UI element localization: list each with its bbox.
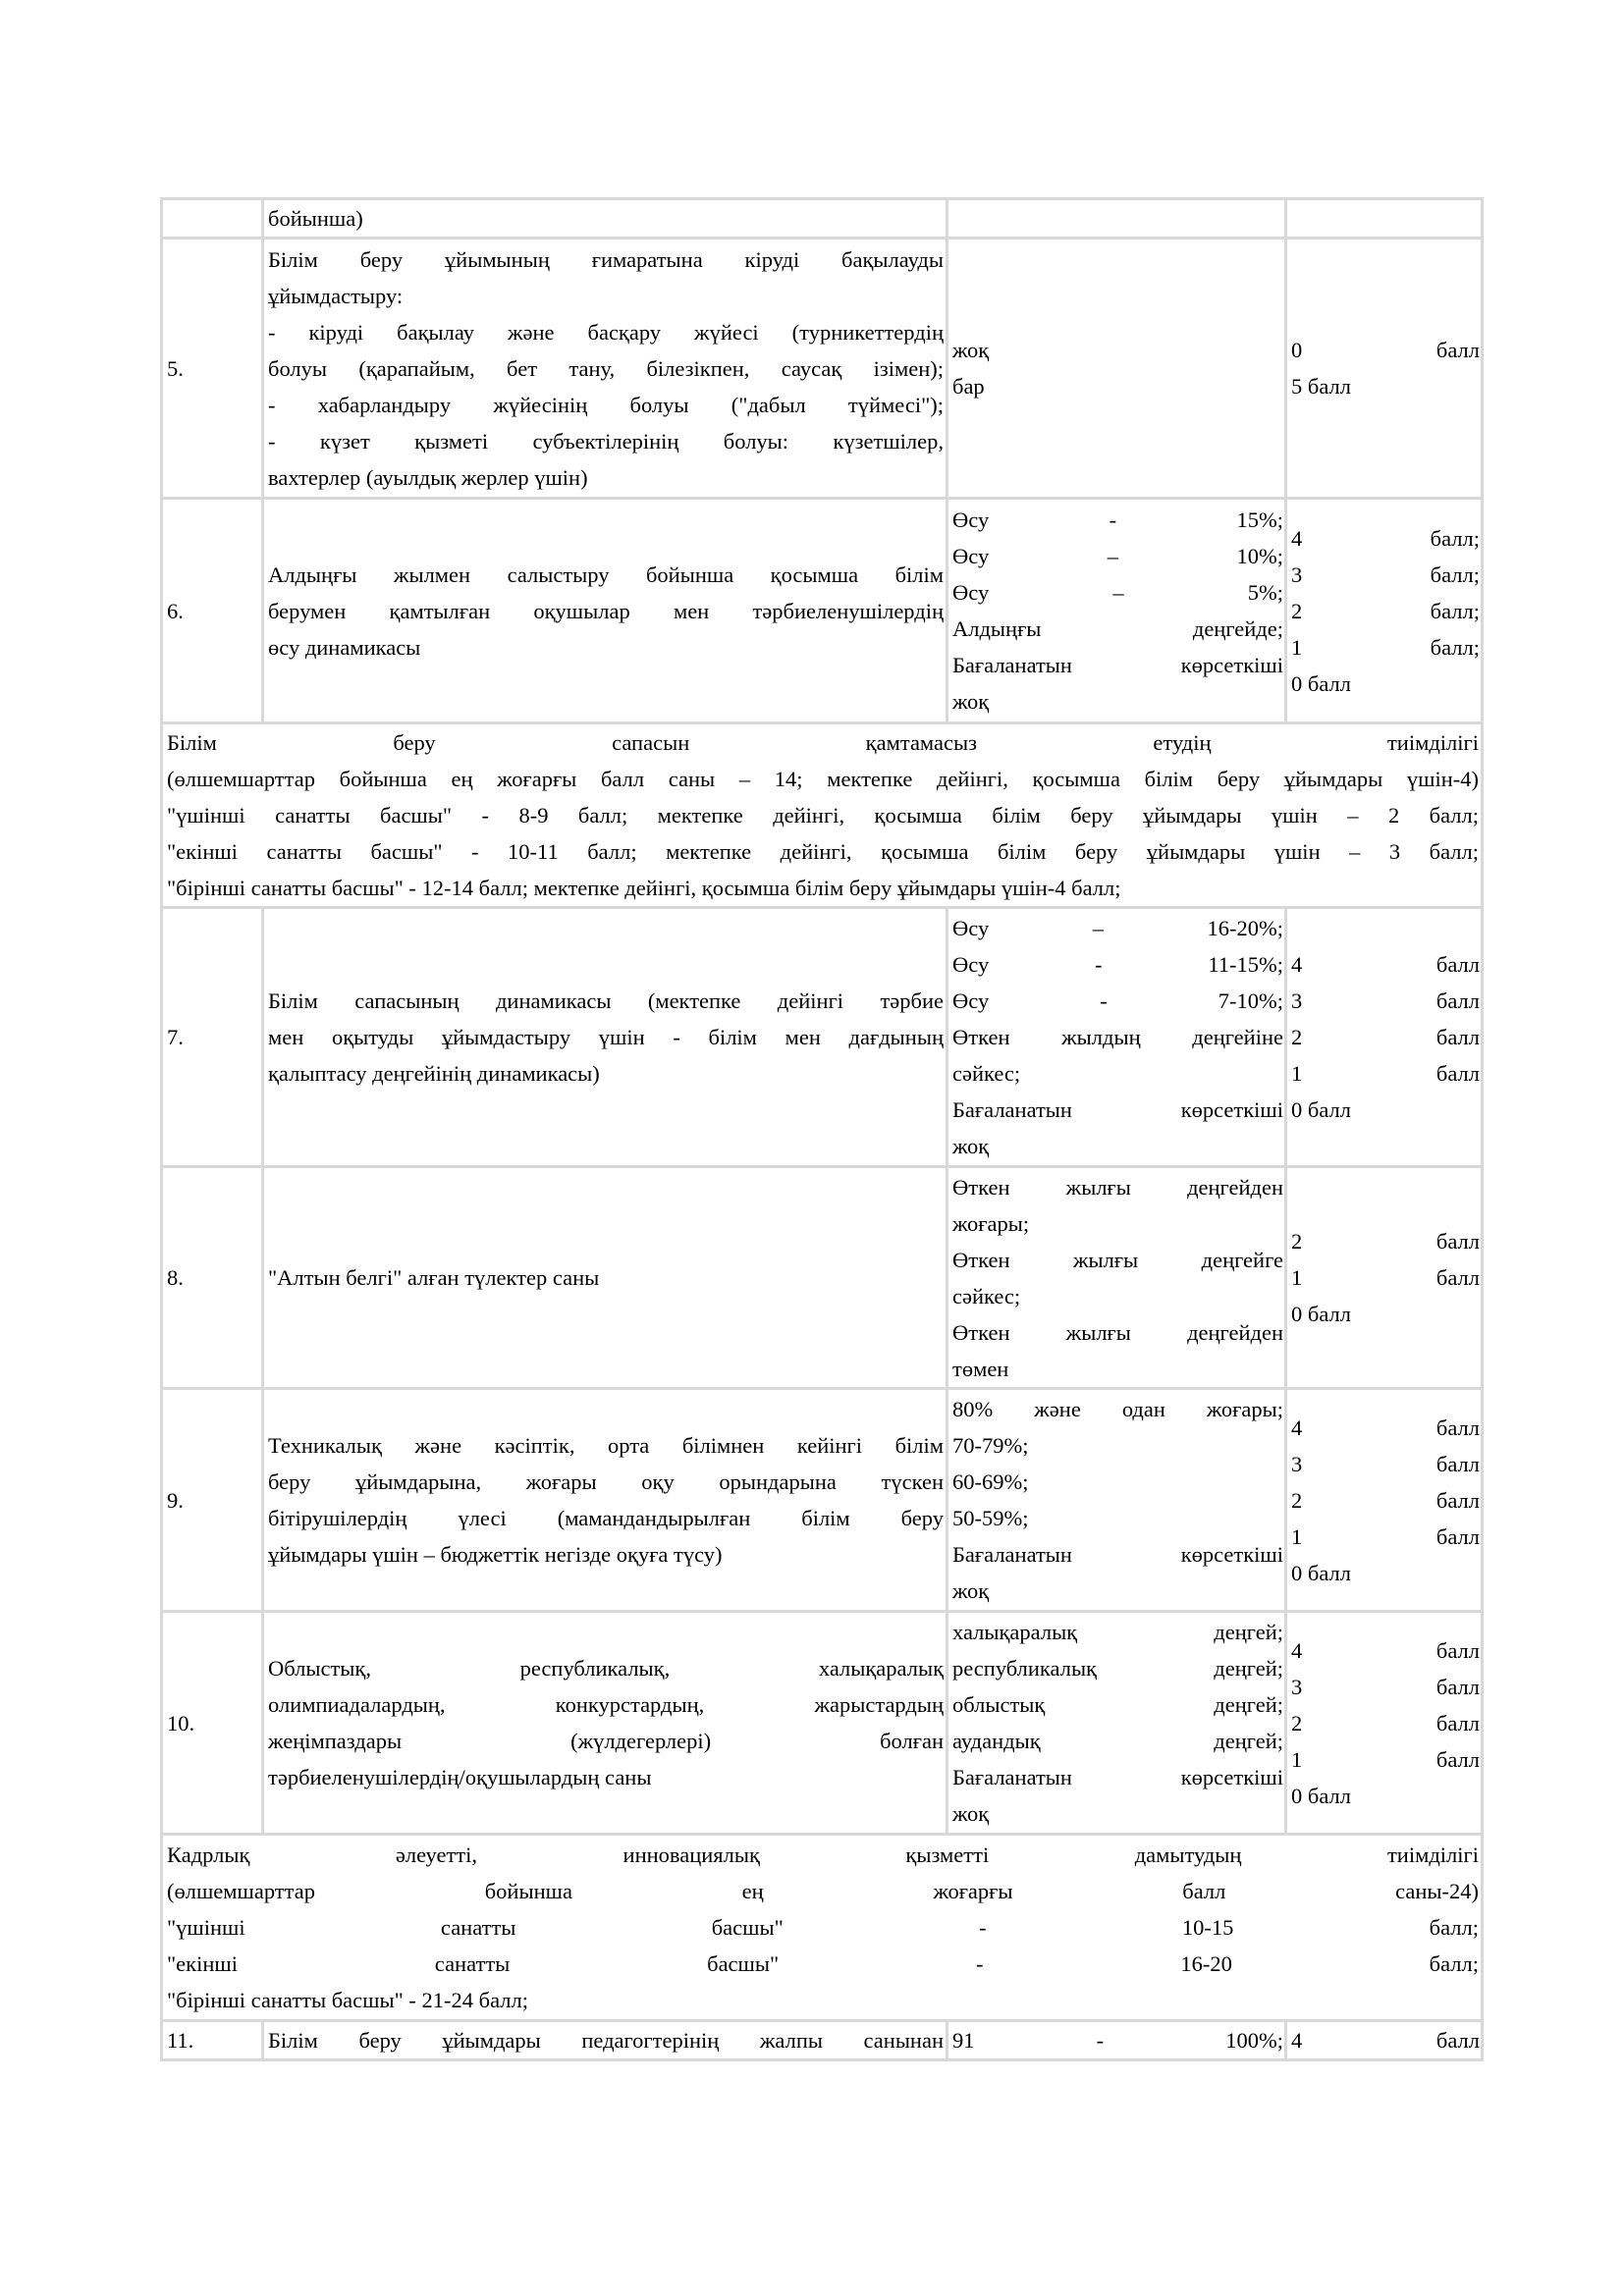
text-line: "бірінші санатты басшы" - 12-14 балл; ме… [167,870,1479,906]
score-values: 4 балл [1286,2021,1483,2060]
text-line: - кіруді бақылау және басқару жүйесі (ту… [268,314,944,350]
text-line: 5 балл [1291,368,1480,404]
text-line: "Алтын белгі" алған түлектер саны [268,1259,944,1296]
text-line: 2 балл [1291,1223,1480,1259]
text-line: Кадрлық әлеуетті, инновациялық қызметті … [167,1837,1479,1873]
text-line: 91 - 100%; [952,2022,1283,2058]
text-line: жоқ [952,1795,1283,1832]
text-line: ұйымдастыру: [268,278,944,314]
text-line: республикалық деңгей; [952,1650,1283,1686]
indicator-description: Облыстық, республикалық, халықаралықолим… [263,1612,947,1835]
text-line: Білім беру сапасын қамтамасыз етудің тиі… [167,724,1479,761]
text-line: 1 балл [1291,1055,1480,1092]
table-row: 5.Білім беру ұйымының ғимаратына кіруді … [162,239,1483,499]
text-line: 70-79%; [952,1427,1283,1464]
text-line: өсу динамикасы [268,629,944,666]
text-line: 4 балл [1291,1632,1480,1669]
item-number: 8. [162,1167,263,1389]
text-line: Өсу - 7-10%; [952,983,1283,1019]
evaluation-criteria: 80% және одан жоғары;70-79%;60-69%;50-59… [947,1389,1286,1612]
text-line: 2 балл [1291,1705,1480,1741]
text-line: 80% және одан жоғары; [952,1391,1283,1427]
text-line: Облыстық, республикалық, халықаралық [268,1650,944,1686]
text-line: олимпиадалардың, конкурстардың, жарыстар… [268,1686,944,1723]
indicator-description: Техникалық және кәсіптік, орта білімнен … [263,1389,947,1612]
text-line: Өсу – 5%; [952,574,1283,611]
text-line: 0 балл [1291,332,1480,368]
evaluation-criteria: Өсу – 16-20%;Өсу - 11-15%;Өсу - 7-10%;Өт… [947,908,1286,1167]
text-line: Бағаланатын көрсеткіші [952,647,1283,683]
text-line: 1 балл; [1291,629,1480,666]
text-line: Алдыңғы деңгейде; [952,611,1283,647]
text-line: 3 балл [1291,1669,1480,1705]
text-line: Білім беру ұйымының ғимаратына кіруді ба… [268,241,944,278]
text-line: сәйкес; [952,1055,1283,1092]
item-number: 9. [162,1389,263,1612]
text-line: болуы (қарапайым, бет тану, білезікпен, … [268,350,944,387]
text-line: 1 балл [1291,1259,1480,1296]
text-line: Өсу – 16-20%; [952,910,1283,946]
text-line: (өлшемшарттар бойынша ең жоғарғы балл са… [167,761,1479,797]
section-header-row: Кадрлық әлеуетті, инновациялық қызметті … [162,1835,1483,2021]
text-line: 0 балл [1291,1555,1480,1591]
text-line: Өткен жылғы деңгейден [952,1314,1283,1351]
text-line: 3 балл; [1291,557,1480,593]
indicator-description: Алдыңғы жылмен салыстыру бойынша қосымша… [263,499,947,723]
table-row: 6. Алдыңғы жылмен салыстыру бойынша қосы… [162,499,1483,723]
section-heading: Білім беру сапасын қамтамасыз етудің тиі… [162,723,1483,908]
text-line: Өсу - 11-15%; [952,946,1283,983]
text-line: 4 балл [1291,2022,1480,2058]
indicator-description: Білім сапасының динамикасы (мектепке дей… [263,908,947,1167]
text-line: 0 балл [1291,1092,1480,1128]
text-line: "үшінші санатты басшы" - 10-15 балл; [167,1909,1479,1946]
text-line: 4 балл [1291,946,1480,983]
text-line: 2 балл [1291,1019,1480,1055]
text-line: вахтерлер (ауылдық жерлер үшін) [268,459,944,496]
text-line: Бағаланатын көрсеткіші [952,1759,1283,1795]
score-values: 4 балл;3 балл;2 балл;1 балл;0 балл [1286,499,1483,723]
criteria-table: бойынша)5.Білім беру ұйымының ғимаратына… [160,197,1484,2061]
text-line: жоқ [952,332,1283,368]
text-line: бар [952,368,1283,404]
text-line: Өткен жылғы деңгейден [952,1169,1283,1205]
section-header-row: Білім беру сапасын қамтамасыз етудің тиі… [162,723,1483,908]
table-row: бойынша) [162,199,1483,239]
text-line: ұйымдары үшін – бюджеттік негізде оқуға … [268,1536,944,1573]
score-values: 4 балл3 балл2 балл1 балл0 балл [1286,908,1483,1167]
evaluation-criteria: жоқбар [947,239,1286,499]
item-number: 6. [162,499,263,723]
text-line: Білім сапасының динамикасы (мектепке дей… [268,983,944,1019]
text-line: 0 балл [1291,1296,1480,1332]
text-line: жоғары; [952,1205,1283,1242]
indicator-description: Білім беру ұйымдары педагогтерінің жалпы… [263,2021,947,2060]
text-line: Техникалық және кәсіптік, орта білімнен … [268,1427,944,1464]
text-line: тәрбиеленушілердің/оқушылардың саны [268,1759,944,1795]
text-line: 1 балл [1291,1741,1480,1778]
text-line: "бірінші санатты басшы" - 21-24 балл; [167,1982,1479,2018]
evaluation-criteria: Өсу - 15%;Өсу – 10%;Өсу – 5%;Алдыңғы дең… [947,499,1286,723]
text-line: жоқ [952,683,1283,720]
text-line: 3 балл [1291,983,1480,1019]
evaluation-criteria [947,199,1286,239]
text-line: қалыптасу деңгейінің динамикасы) [268,1055,944,1092]
text-line: 2 балл; [1291,593,1480,629]
text-line: мен оқытуды ұйымдастыру үшін - білім мен… [268,1019,944,1055]
section-heading: Кадрлық әлеуетті, инновациялық қызметті … [162,1835,1483,2021]
score-values: 4 балл3 балл2 балл1 балл0 балл [1286,1612,1483,1835]
table-row: 11.Білім беру ұйымдары педагогтерінің жа… [162,2021,1483,2060]
table-row: 10.Облыстық, республикалық, халықаралықо… [162,1612,1483,1835]
text-line: 4 балл; [1291,520,1480,557]
evaluation-criteria: 91 - 100%; [947,2021,1286,2060]
text-line: Бағаланатын көрсеткіші [952,1092,1283,1128]
text-line: Бағаланатын көрсеткіші [952,1536,1283,1573]
score-values: 2 балл1 балл0 балл [1286,1167,1483,1389]
text-line: 4 балл [1291,1410,1480,1446]
text-line: 50-59%; [952,1500,1283,1536]
indicator-description: бойынша) [263,199,947,239]
text-line: 1 балл [1291,1519,1480,1555]
text-line: - хабарландыру жүйесінің болуы ("дабыл т… [268,387,944,423]
text-line: 0 балл [1291,1778,1480,1814]
item-number: 7. [162,908,263,1167]
text-line: сәйкес; [952,1278,1283,1314]
text-line: Өсу - 15%; [952,502,1283,538]
text-line: облыстық деңгей; [952,1686,1283,1723]
item-number: 11. [162,2021,263,2060]
text-line: бітірушілердің үлесі (мамандандырылған б… [268,1500,944,1536]
text-line: - күзет қызметі субъектілерінің болуы: к… [268,423,944,459]
evaluation-criteria: Өткен жылғы деңгейденжоғары; Өткен жылғы… [947,1167,1286,1389]
text-line: "үшінші санатты басшы" - 8-9 балл; мекте… [167,797,1479,833]
text-line: Өткен жылғы деңгейге [952,1242,1283,1278]
table-row: 8."Алтын белгі" алған түлектер саны Өтке… [162,1167,1483,1389]
text-line: (өлшемшарттар бойынша ең жоғарғы балл са… [167,1873,1479,1909]
indicator-description: Білім беру ұйымының ғимаратына кіруді ба… [263,239,947,499]
text-line: 0 балл [1291,666,1480,702]
text-line: жоқ [952,1573,1283,1609]
score-values [1286,199,1483,239]
text-line: берумен қамтылған оқушылар мен тәрбиелен… [268,593,944,629]
evaluation-criteria: халықаралық деңгей;республикалық деңгей;… [947,1612,1286,1835]
text-line: Өткен жылдың деңгейіне [952,1019,1283,1055]
text-line: халықаралық деңгей; [952,1614,1283,1650]
text-line: Өсу – 10%; [952,538,1283,574]
item-number [162,199,263,239]
indicator-description: "Алтын белгі" алған түлектер саны [263,1167,947,1389]
text-line: төмен [952,1351,1283,1387]
text-line: 3 балл [1291,1446,1480,1482]
text-line: "екінші санатты басшы" - 10-11 балл; мек… [167,833,1479,870]
score-values: 4 балл3 балл2 балл1 балл0 балл [1286,1389,1483,1612]
item-number: 5. [162,239,263,499]
text-line: жоқ [952,1128,1283,1164]
text-line: 60-69%; [952,1464,1283,1500]
score-values: 0 балл5 балл [1286,239,1483,499]
text-line: Алдыңғы жылмен салыстыру бойынша қосымша… [268,557,944,593]
text-line: аудандық деңгей; [952,1723,1283,1759]
text-line: Білім беру ұйымдары педагогтерінің жалпы… [268,2022,944,2058]
text-line: беру ұйымдарына, жоғары оқу орындарына т… [268,1464,944,1500]
table-row: 9. Техникалық және кәсіптік, орта білімн… [162,1389,1483,1612]
table-row: 7. Білім сапасының динамикасы (мектепке … [162,908,1483,1167]
item-number: 10. [162,1612,263,1835]
text-line: бойынша) [268,200,944,237]
text-line: "екінші санатты басшы" - 16-20 балл; [167,1946,1479,1982]
text-line: жеңімпаздары (жүлдегерлері) болған [268,1723,944,1759]
text-line: 2 балл [1291,1482,1480,1519]
